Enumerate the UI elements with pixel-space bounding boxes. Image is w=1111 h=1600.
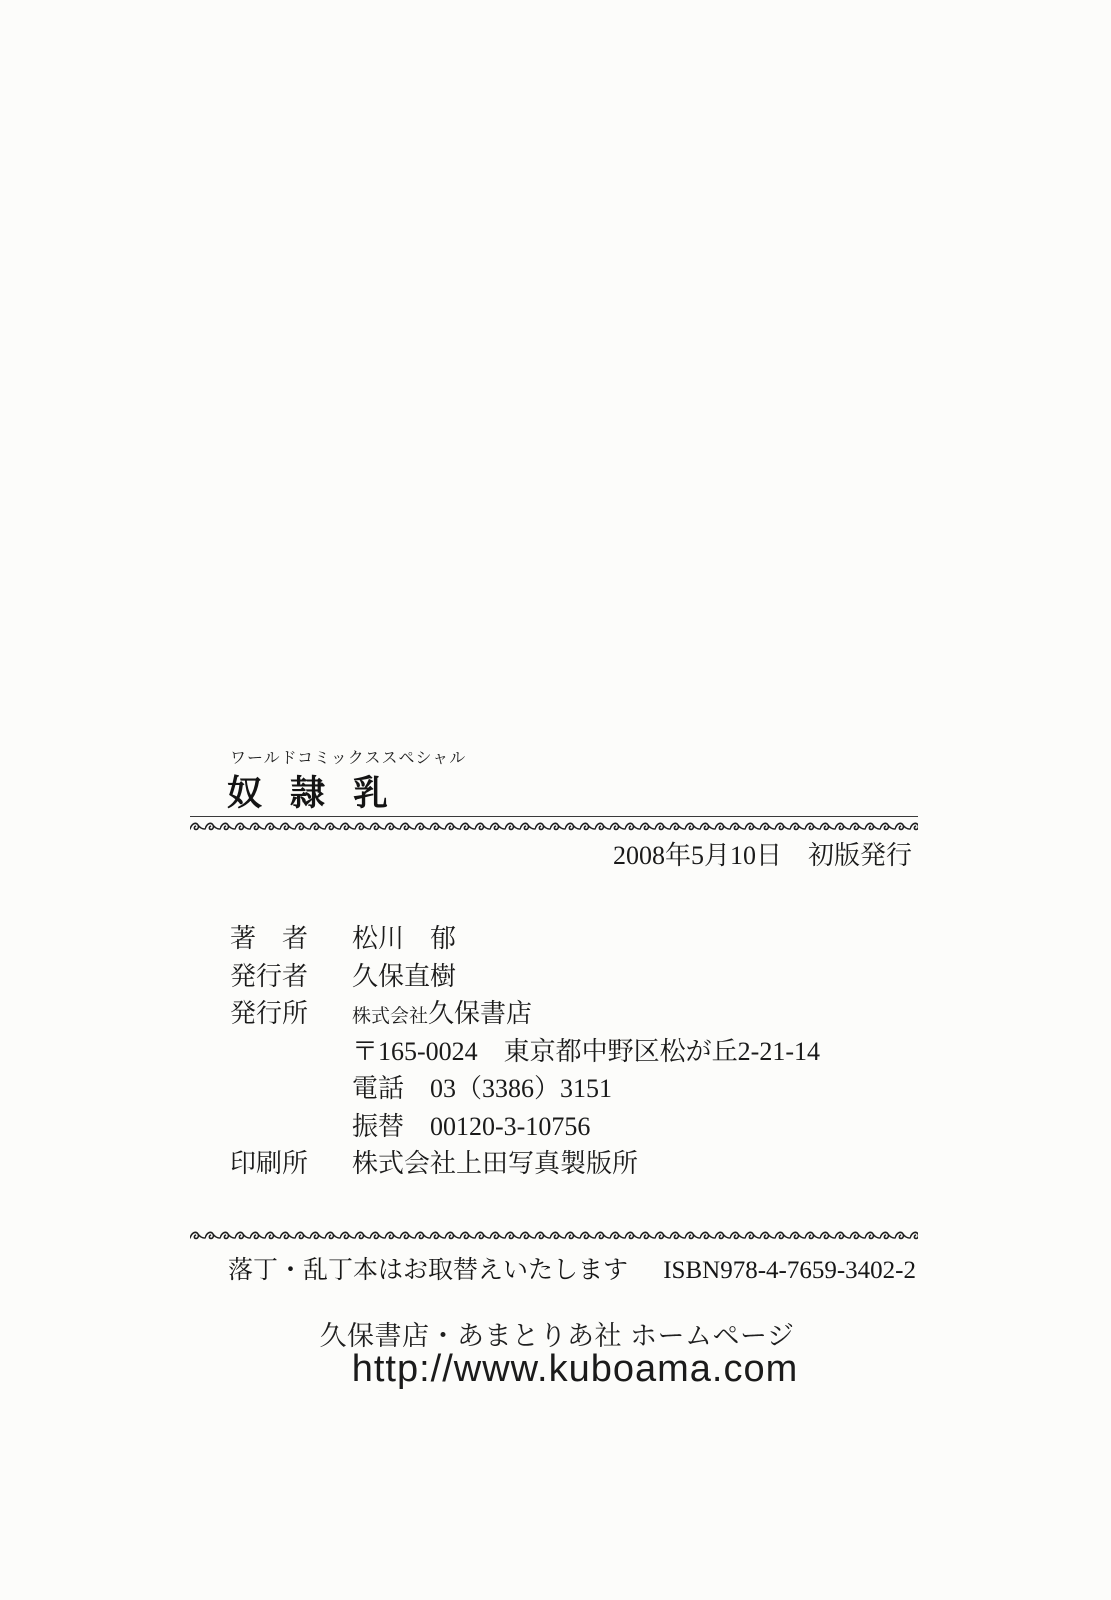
notice-row: 落丁・乱丁本はお取替えいたします ISBN978-4-7659-3402-2 [228, 1250, 916, 1286]
credit-value: 〒165-0024 東京都中野区松が丘2-21-14 [352, 1033, 820, 1074]
credit-row-printer: 印刷所 株式会社上田写真製版所 [230, 1145, 820, 1183]
credit-row-publisher-person: 発行者 久保直樹 [230, 958, 820, 996]
credit-row-address: 〒165-0024 東京都中野区松が丘2-21-14 [230, 1033, 820, 1071]
credit-value: 株式会社久保書店 [352, 995, 532, 1036]
scroll-ornament-rule-top [190, 819, 918, 833]
isbn-number: ISBN978-4-7659-3402-2 [663, 1257, 916, 1285]
title-baseline-rule [190, 816, 918, 817]
credit-value: 株式会社上田写真製版所 [352, 1145, 638, 1186]
colophon-page: ワールドコミックススペシャル 奴隷乳 2008年5月10日 初版発行 著 者 松… [0, 0, 1111, 1600]
credit-label: 発行者 [230, 958, 352, 996]
credit-row-author: 著 者 松川 郁 [230, 920, 820, 958]
series-label: ワールドコミックススペシャル [230, 745, 466, 768]
book-title: 奴隷乳 [227, 776, 416, 811]
edition-date: 2008年5月10日 初版発行 [190, 835, 912, 872]
credit-label: 印刷所 [230, 1145, 352, 1183]
scroll-ornament-rule-bottom [190, 1228, 918, 1242]
credit-value: 久保直樹 [352, 958, 456, 999]
credits-block: 著 者 松川 郁 発行者 久保直樹 発行所 株式会社久保書店 〒165-0024… [230, 920, 820, 1183]
credit-label: 著 者 [230, 920, 352, 958]
credit-row-phone: 電話 03（3386）3151 [230, 1070, 820, 1108]
credit-value: 松川 郁 [352, 920, 456, 961]
credit-value: 振替 00120-3-10756 [352, 1108, 590, 1149]
homepage-url: http://www.kuboama.com [352, 1348, 799, 1391]
credit-row-publishing-house: 発行所 株式会社久保書店 [230, 995, 820, 1033]
credit-row-postal-transfer: 振替 00120-3-10756 [230, 1108, 820, 1146]
defect-replacement-notice: 落丁・乱丁本はお取替えいたします [228, 1250, 628, 1286]
credit-value: 電話 03（3386）3151 [352, 1070, 612, 1111]
credit-label: 発行所 [230, 995, 352, 1033]
